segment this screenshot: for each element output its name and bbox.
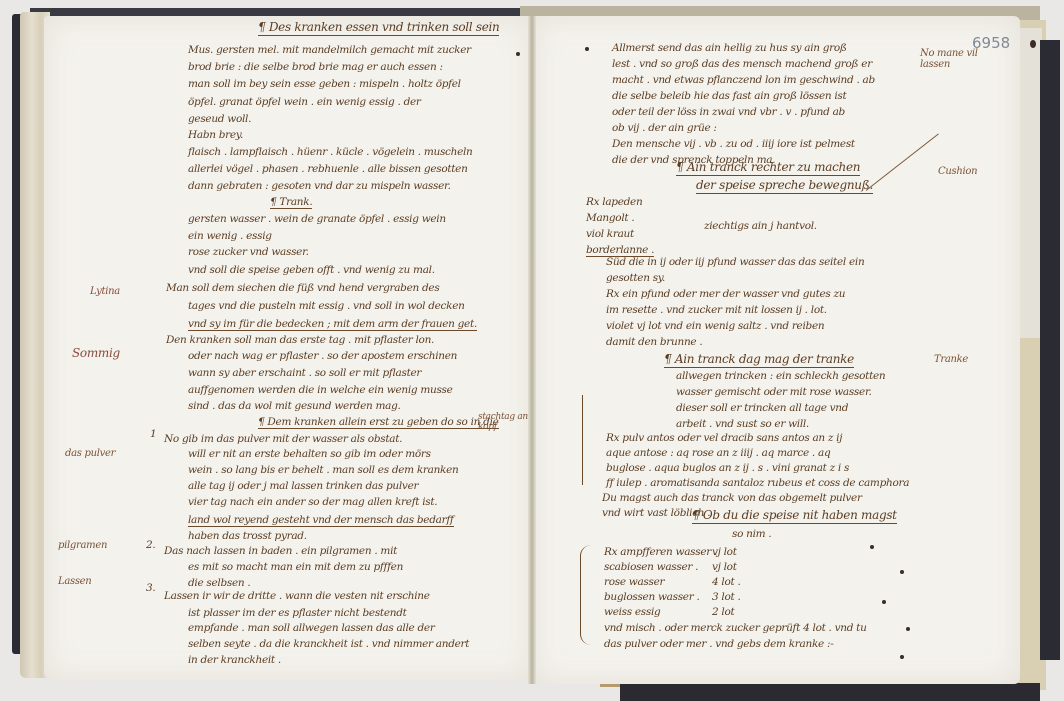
- left-text-line: will er nit an erste behalten so gib im …: [188, 448, 431, 460]
- right-text-line: Süd die in ij oder iij pfund wasser das …: [606, 256, 864, 268]
- recipe-ingredient: Rx lapeden: [586, 196, 642, 208]
- left-text-line: oder nach wag er pflaster . so der apost…: [188, 350, 457, 362]
- wormhole: [585, 47, 589, 51]
- left-text-line: empfande . man soll allwegen lassen das …: [188, 622, 435, 634]
- margin-note: Sommig: [72, 346, 120, 360]
- open-manuscript: ¶ Des kranken essen vnd trinken soll sei…: [0, 0, 1064, 701]
- right-heading-3: ¶ Ob du die speise nit haben magst: [692, 508, 897, 524]
- right-text-line: dieser soll er trincken all tage vnd: [676, 402, 848, 414]
- margin-note-top: No mane vil lassen: [920, 48, 980, 70]
- left-text-line: wann sy aber erschaint . so soll er mit …: [188, 367, 421, 379]
- wormhole: [1030, 40, 1036, 48]
- side-note: stachtag an kopf: [478, 412, 528, 432]
- right-text-line: lest . vnd so groß das des mensch machen…: [612, 58, 872, 70]
- left-text-line: man soll im bey sein esse geben : mispel…: [188, 78, 461, 90]
- left-text-line: ein wenig . essig: [188, 230, 272, 242]
- enum-3: 3.: [146, 582, 155, 594]
- right-text-line: macht . vnd etwas pflanczend lon im gesc…: [612, 74, 875, 86]
- right-text-line: allwegen trincken : ein schleckh gesotte…: [676, 370, 885, 382]
- left-text-line: in der kranckheit .: [188, 654, 281, 666]
- recipe-ingredient: viol kraut: [586, 228, 634, 240]
- ingredient-qty: 2 lot: [712, 606, 734, 618]
- right-text-line: vnd misch . oder merck zucker geprüft 4 …: [604, 622, 867, 634]
- right-text-line: Du magst auch das tranck von das obgemel…: [602, 492, 862, 504]
- left-text-line: allerlei vögel . phasen . rebhuenle . al…: [188, 163, 468, 175]
- ingredient-qty: 3 lot .: [712, 591, 741, 603]
- latin-recipe-line: Rx pulv antos oder vel dracib sans antos…: [606, 432, 842, 444]
- right-text-line: Allmerst send das ain hellig zu hus sy a…: [612, 42, 847, 54]
- left-text-line: Das nach lassen in baden . ein pilgramen…: [164, 545, 397, 557]
- left-text-line: vnd soll die speise geben offt . vnd wen…: [188, 264, 435, 276]
- left-page-heading: ¶ Des kranken essen vnd trinken soll sei…: [258, 20, 499, 36]
- left-text-line: es mit so macht man ein mit dem zu pfffe…: [188, 561, 403, 573]
- left-text-line: tages vnd die pusteln mit essig . vnd so…: [188, 300, 465, 312]
- wormhole: [870, 545, 874, 549]
- left-text-line: dann gebraten : gesoten vnd dar zu mispe…: [188, 180, 451, 192]
- left-text-line: vier tag nach ein ander so der mag allen…: [188, 496, 437, 508]
- left-text-line: Lassen ir wir de dritte . wann die veste…: [164, 590, 430, 602]
- wormhole: [900, 570, 904, 574]
- left-text-line: alle tag ij oder j mal lassen trinken da…: [188, 480, 418, 492]
- ingredient-name: Rx ampfferen wasser .: [604, 546, 717, 558]
- left-text-line: Habn brey.: [188, 129, 243, 141]
- left-text-line: Man soll dem siechen die füß vnd hend ve…: [166, 282, 439, 294]
- wormhole: [516, 52, 520, 56]
- ingredient-name: buglossen wasser .: [604, 591, 700, 603]
- right-text-line: Den mensche vij . vb . zu od . iiij iore…: [612, 138, 855, 150]
- ingredient-name: rose wasser: [604, 576, 664, 588]
- right-text-line: gesotten sy.: [606, 272, 665, 284]
- right-heading-2: ¶ Ain tranck dag mag der tranke: [664, 352, 854, 368]
- ingredient-qty: 4 lot .: [712, 576, 741, 588]
- recipe-note: ziechtigs ain j hantvol.: [704, 220, 817, 232]
- right-text-line: damit den brunne .: [606, 336, 702, 348]
- gutter: [528, 16, 536, 684]
- right-text-line: im resette . vnd zucker mit nit lossen i…: [606, 304, 827, 316]
- right-heading-1: ¶ Ain tranck rechter zu machen: [676, 160, 860, 176]
- binding-board-bottom: [620, 683, 1040, 701]
- left-text-line: öpfel. granat öpfel wein . ein wenig ess…: [188, 96, 421, 108]
- right-text-line: das pulver oder mer . vnd gebs dem krank…: [604, 638, 833, 650]
- left-text-line: die selbsen .: [188, 577, 250, 589]
- margin-note-tranke: Tranke: [934, 354, 968, 365]
- right-text-line: die selbe beleib hie das fast ain groß l…: [612, 90, 846, 102]
- wormhole: [882, 600, 886, 604]
- latin-recipe-line: aque antose : aq rose an z iiij . aq mar…: [606, 447, 830, 459]
- left-text-line: selben seyte . da die kranckheit ist . v…: [188, 638, 469, 650]
- enum-2: 2.: [146, 539, 155, 551]
- right-text-line: arbeit . vnd sust so er will.: [676, 418, 809, 430]
- margin-note: Lytina: [90, 286, 120, 297]
- latin-recipe-line: buglose . aqua buglos an z ij . s . vini…: [606, 462, 849, 474]
- ingredient-name: scabiosen wasser .: [604, 561, 698, 573]
- left-text-line: land wol reyend gesteht vnd der mensch d…: [188, 514, 454, 527]
- enum-1: 1: [150, 428, 156, 440]
- margin-note: pilgramen: [58, 540, 107, 551]
- right-text-line: ob vij . der ain grüe :: [612, 122, 717, 134]
- left-text-line: haben das trosst pyrad.: [188, 530, 307, 542]
- recipe-margin-line: [582, 395, 591, 485]
- left-text-line: Den kranken soll man das erste tag . mit…: [166, 334, 434, 346]
- ingredient-name: weiss essig: [604, 606, 660, 618]
- left-text-line: No gib im das pulver mit der wasser als …: [164, 433, 402, 445]
- ingredient-brace: [580, 545, 591, 645]
- left-text-line: vnd sy im für die bedecken ; mit dem arm…: [188, 318, 477, 331]
- right-text-line: Rx ein pfund oder mer der wasser vnd gut…: [606, 288, 845, 300]
- right-heading-3b: so nim .: [732, 528, 771, 540]
- left-text-line: ¶ Trank.: [270, 196, 312, 209]
- left-text-line: brod brie : die selbe brod brie mag er a…: [188, 61, 443, 73]
- left-text-line: gersten wasser . wein de granate öpfel .…: [188, 213, 446, 225]
- right-heading-1b: der speise spreche bewegnuß.: [696, 178, 873, 194]
- left-text-line: ¶ Dem kranken allein erst zu geben do so…: [258, 416, 499, 429]
- left-text-line: wein . so lang bis er behelt . man soll …: [188, 464, 459, 476]
- left-text-line: geseud woll.: [188, 113, 251, 125]
- left-text-line: sind . das da wol mit gesund werden mag.: [188, 400, 401, 412]
- right-text-line: oder teil der löss in zwai vnd vbr . v .…: [612, 106, 845, 118]
- recipe-ingredient: Mangolt .: [586, 212, 634, 224]
- wormhole: [906, 627, 910, 631]
- left-text-line: rose zucker vnd wasser.: [188, 246, 309, 258]
- wormhole: [900, 655, 904, 659]
- left-text-line: auffgenomen werden die in welche ein wen…: [188, 384, 453, 396]
- left-text-line: ist plasser im der es pflaster nicht bes…: [188, 607, 407, 619]
- margin-note-cushion: Cushion: [938, 166, 977, 177]
- ingredient-qty: vj lot: [712, 546, 737, 558]
- latin-recipe-line: ff iulep . aromatisanda santaloz rubeus …: [606, 477, 909, 489]
- binding-board-right: [1040, 40, 1060, 660]
- ingredient-qty: vj lot: [712, 561, 737, 573]
- margin-note: Lassen: [58, 576, 91, 587]
- left-text-line: Mus. gersten mel. mit mandelmilch gemach…: [188, 44, 471, 56]
- right-text-line: wasser gemischt oder mit rose wasser.: [676, 386, 872, 398]
- margin-note: das pulver: [65, 448, 115, 459]
- left-text-line: flaisch . lampflaisch . hüenr . kücle . …: [188, 146, 473, 158]
- right-text-line: violet vj lot vnd ein wenig saltz . vnd …: [606, 320, 824, 332]
